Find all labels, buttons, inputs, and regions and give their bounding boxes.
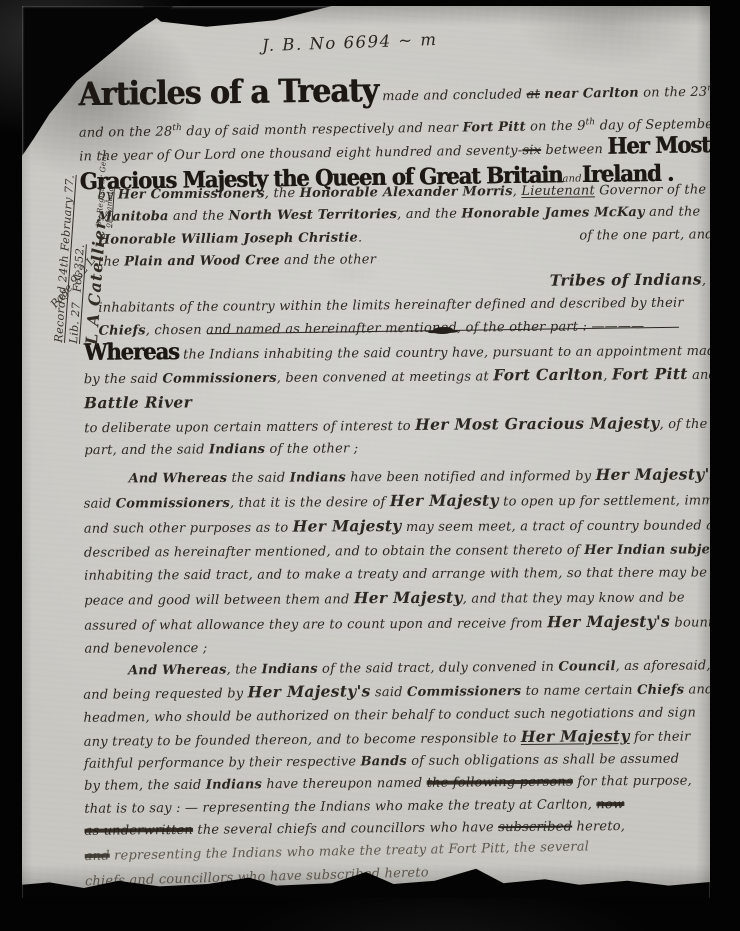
text-segment: to open up for settlement, immigration [499,493,710,509]
text-line: said Commissioners, that it is the desir… [84,488,710,517]
text-segment: Lieutenant [521,183,595,199]
manuscript-page: 1 J. B. No 6694 ~ m Articles of a Treaty… [22,6,710,898]
text-segment: the Indians inhabiting the said country … [179,344,710,363]
text-segment: on the 9 [526,119,586,135]
text-segment: Her Majesty [354,588,463,608]
text-segment: and being requested by [83,687,247,703]
text-segment: the following persons [427,775,573,791]
document-scan: 1 J. B. No 6694 ~ m Articles of a Treaty… [0,0,740,931]
text-segment: , [603,369,612,384]
text-segment: bounty [670,616,710,631]
text-segment: And Whereas [128,663,227,679]
text-segment: Battle River [84,392,192,412]
text-segment: may seem meet, a tract of country bounde… [402,519,710,536]
text-segment: Indians [209,442,265,457]
text-segment: between [541,142,607,158]
text-segment: of the one part, and [579,224,710,247]
text-line: described as hereinafter mentioned, and … [84,538,710,565]
text-segment: have been notified and informed by [346,469,596,485]
text-segment: , been convened at meetings at [277,370,494,387]
text-segment: described as hereinafter mentioned, and … [84,543,584,561]
torn-top-edge [142,6,332,32]
text-segment: of such obligations as shall be assumed [407,752,680,769]
text-segment: now [596,797,624,812]
text-segment: th [172,123,182,133]
text-segment: and [684,683,710,698]
text-segment: Plain and Wood Cree [124,253,280,269]
text-segment: by the said [84,372,163,388]
text-segment: Her Majesty [521,726,630,746]
text-segment: , [702,274,706,289]
text-segment: Indians [290,470,346,485]
text-segment: Her Commissioners [118,186,265,202]
text-segment: said [371,685,408,700]
text-line: part, and the said Indians of the other … [84,436,710,463]
text-segment: peace and good will between them and [84,592,354,608]
text-segment: part, and the said [84,443,209,459]
text-segment: of the other ; [265,441,358,457]
text-segment: Whereas [84,343,179,360]
text-segment: . [358,227,363,249]
divider-ornament [433,327,453,334]
text-segment: Honorable Alexander Morris [300,184,513,201]
text-segment: assured of what allowance they are to co… [84,616,547,633]
text-segment: of the said tract, duly convened in [318,660,559,677]
text-line: inhabiting the said tract, and to make a… [84,561,710,588]
text-segment: hereto, [572,819,625,834]
text-segment: and such other purposes as to [84,521,293,537]
text-segment: near Carlton [544,86,639,102]
text-segment: , that it is the desire of [230,495,390,511]
text-segment: Her Most [607,136,710,154]
text-segment: Her Majesty's [547,612,670,632]
commissioners-block: by Her Commissioners, the Honorable Alex… [97,179,710,343]
text-segment: Commissioners [116,496,230,512]
text-segment: Her Majesty [293,516,402,536]
text-segment: Council [558,659,615,674]
text-segment: and [85,849,110,864]
text-segment: and the [645,205,701,220]
text-segment: Commissioners [407,684,521,700]
text-segment: Indians [261,662,317,677]
text-segment: to name certain [521,683,637,699]
text-segment: made and concluded [378,87,527,104]
text-segment: subscribed [498,820,572,836]
text-segment: have thereupon named [262,776,427,792]
text-segment: Indians [206,778,262,793]
text-segment: Governor of the Province of [595,182,710,199]
text-segment: for that purpose, [573,774,692,790]
text-segment: faithful performance by their respective [84,755,361,772]
text-segment: by them, the said [84,778,206,794]
text-line: And Whereas the said Indians have been n… [83,462,710,491]
text-segment: Bands [361,754,407,769]
text-segment: the several chiefs and councillors who h… [193,820,498,838]
text-line: peace and good will between them and Her… [84,584,710,613]
text-segment: Commissioners [162,371,276,387]
text-segment: and the other [280,252,376,268]
text-segment: headmen, who should be authorized on the… [83,705,696,725]
text-segment: , and that they may know and be [463,591,685,607]
text-segment: , and the [397,207,461,223]
text-segment: Honorable William Joseph Christie [98,227,358,252]
text-segment: inhabitants of the country within the li… [98,296,683,316]
text-line: Articles of a Treaty made and concluded … [78,76,710,113]
text-segment: , [513,184,522,199]
text-segment: Her Majesty [390,491,499,511]
text-segment: to deliberate upon certain matters of in… [84,419,415,436]
text-segment: Chiefs [637,683,684,698]
text-segment: , as aforesaid, [615,658,710,674]
text-line: and such other purposes as to Her Majest… [84,513,710,542]
text-segment: Fort Pitt [463,120,526,136]
text-segment: North West Territories [228,207,397,223]
text-segment: day of said month respectively and near [182,121,463,140]
text-segment: Articles of a Treaty [78,79,378,106]
text-segment: Fort Pitt [612,364,688,384]
text-segment: Her Majesty's [248,682,371,702]
text-segment: and benevolence ; [84,641,207,657]
text-segment: the said [227,471,290,486]
text-segment: any treaty to be founded thereon, and to… [84,731,521,750]
text-segment: six [522,143,541,158]
text-segment: and the [169,209,229,225]
text-line: assured of what allowance they are to co… [84,610,710,639]
and-whereas-2-block: And Whereas, the Indians of the said tra… [83,655,710,888]
text-segment: And Whereas [129,471,228,487]
header-annotation: J. B. No 6694 ~ m [262,29,438,57]
text-segment: rd [707,83,710,93]
text-segment: Fort Carlton [493,365,603,385]
text-segment: said [84,497,116,512]
text-segment: Tribes of Indians [550,270,702,290]
text-segment: , of the one [660,417,710,433]
text-segment: inhabiting the said tract, and to make a… [84,565,707,583]
text-segment: Her Indian subjects [584,542,710,558]
text-segment: , the [265,186,300,201]
text-segment: for their [630,729,691,745]
text-segment: Her Majesty's [596,464,710,484]
text-segment: , the [227,662,262,677]
line-gap [362,239,579,241]
text-segment: as underwritten [84,823,193,839]
whereas-block: Whereas the Indians inhabiting the said … [84,340,710,463]
text-segment: at [526,87,540,102]
text-segment: Her Most Gracious Majesty [415,413,660,434]
text-segment: on the 23 [639,85,708,101]
text-segment: Honorable James McKay [461,205,645,222]
text-segment: that is to say : — representing the Indi… [84,797,596,816]
and-whereas-1-block: And Whereas the said Indians have been n… [83,462,710,661]
text-segment: and [688,368,710,383]
margin-signature-title: Dy Registrar Genl of Canada [94,153,117,228]
